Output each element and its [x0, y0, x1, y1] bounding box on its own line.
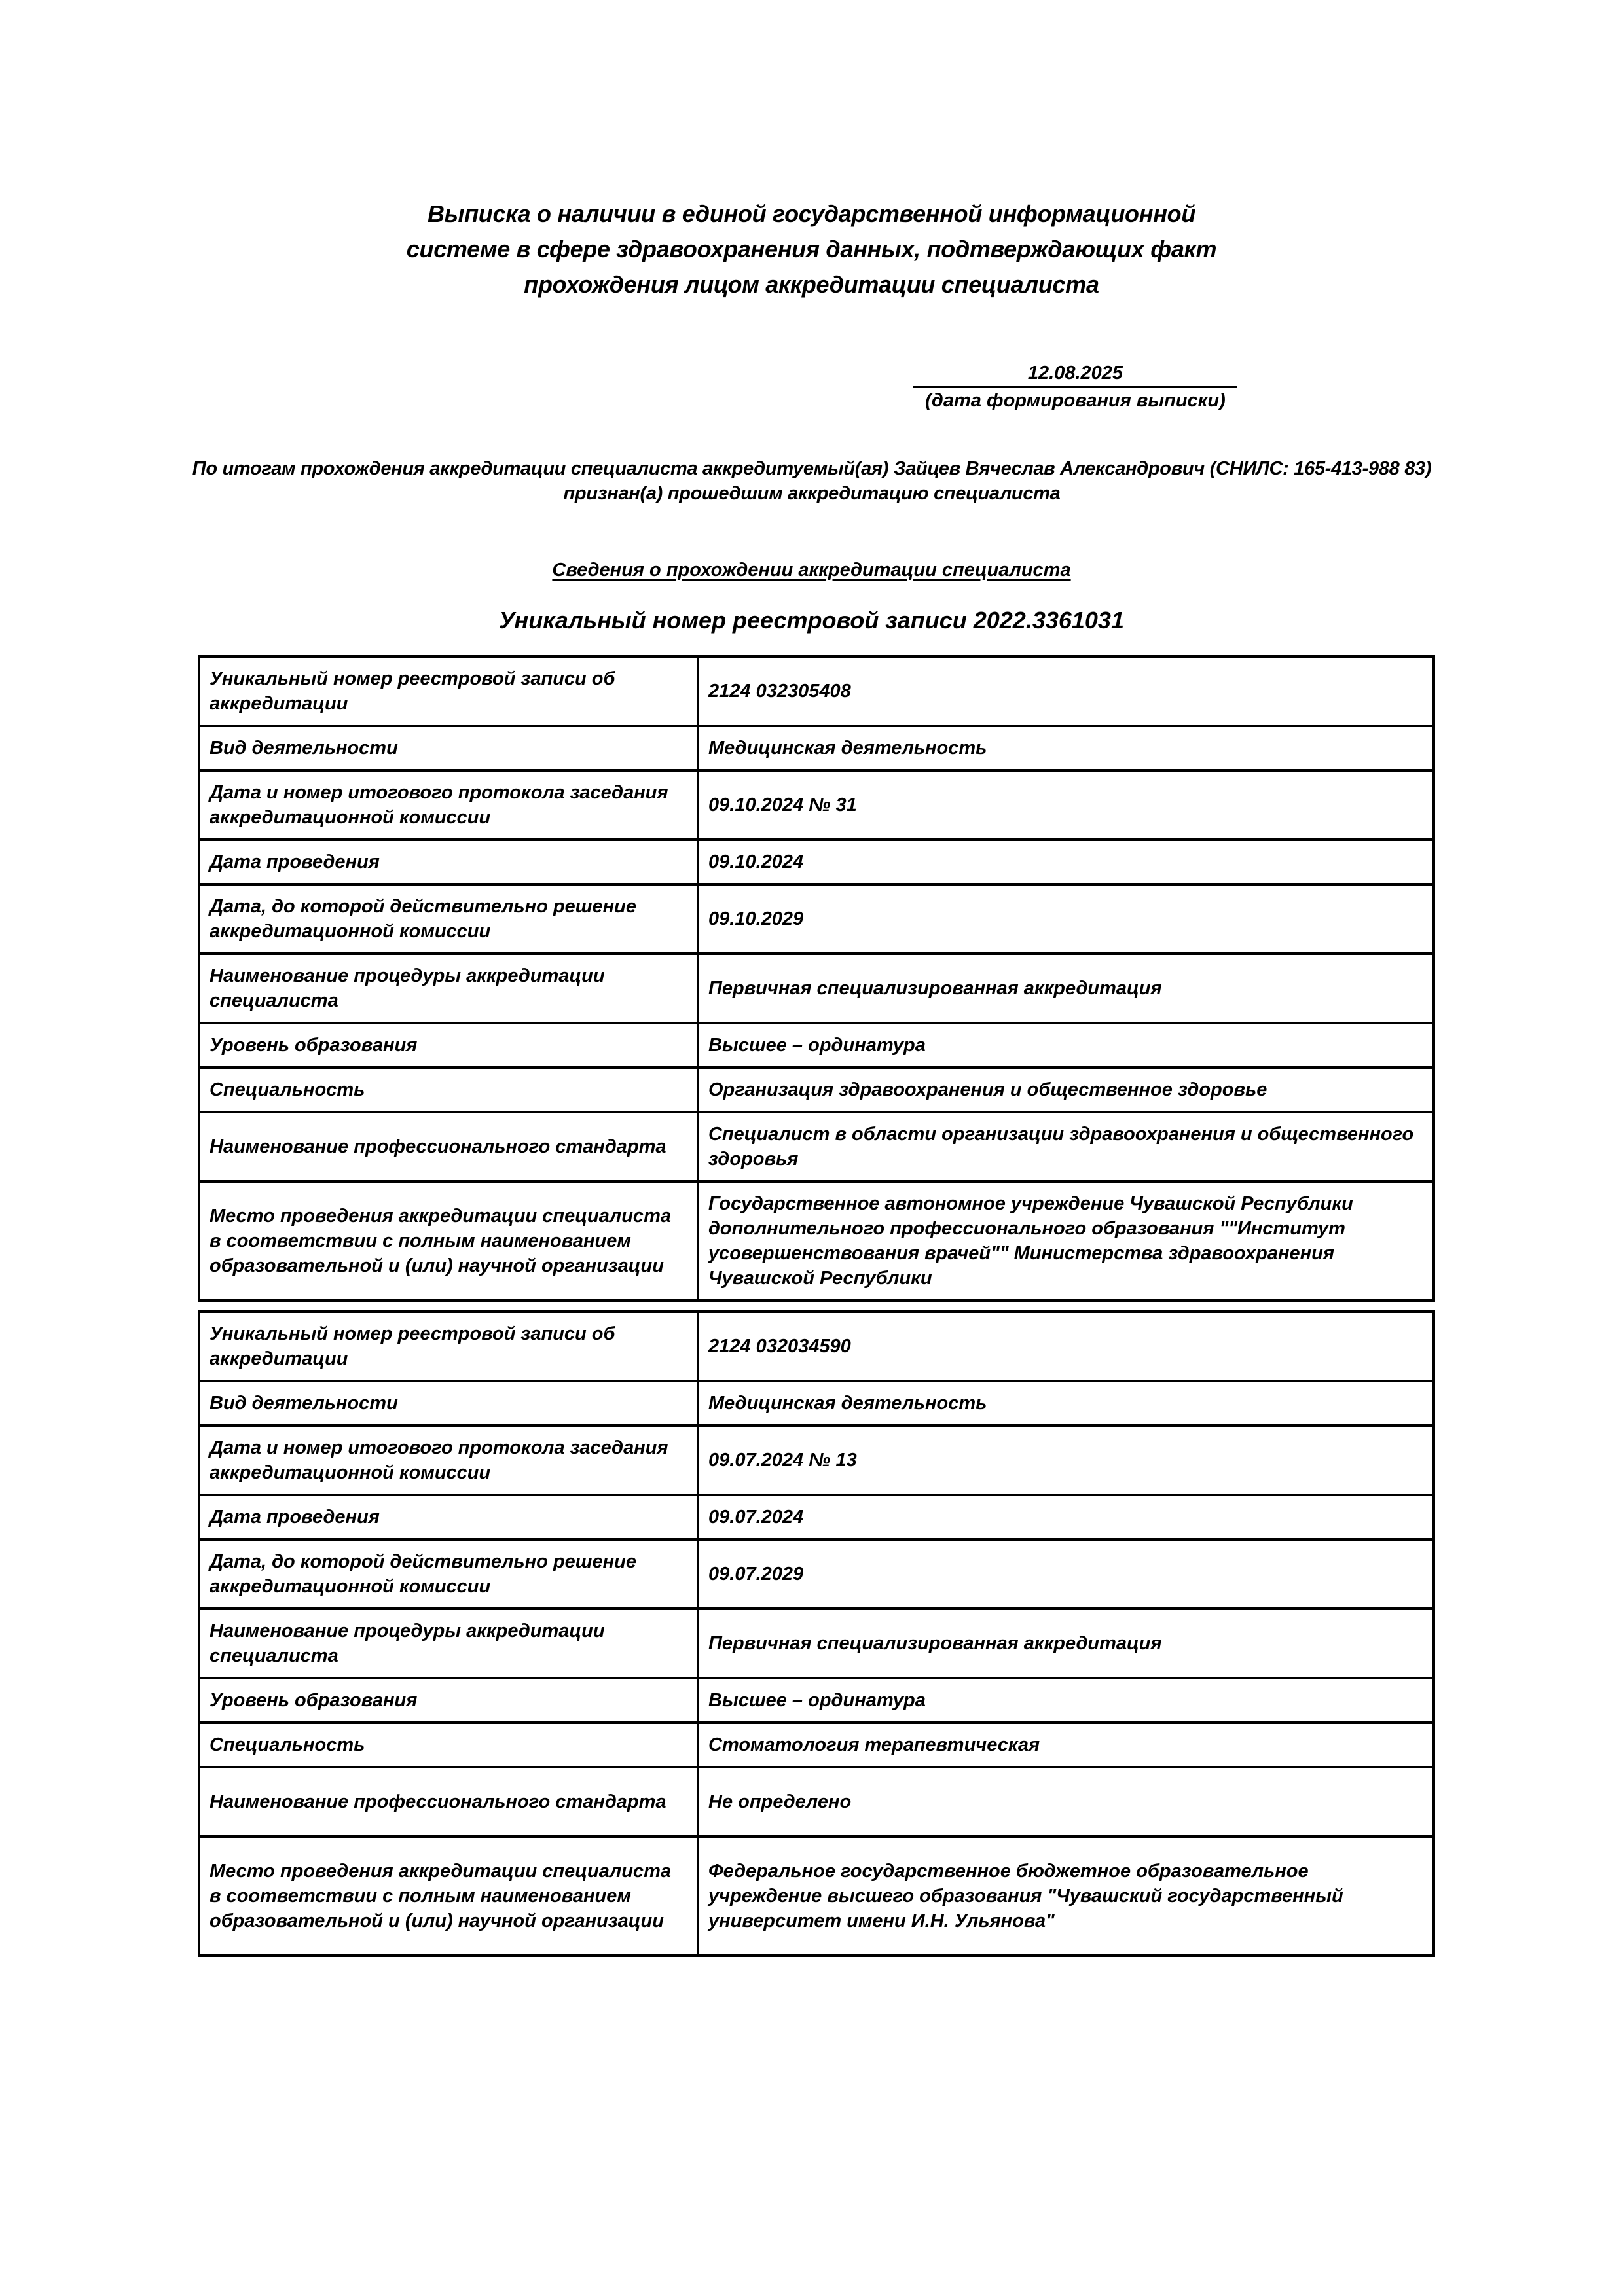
- label-professional-standard: Наименование профессионального стандарта: [199, 1767, 698, 1837]
- table-row: Место проведения аккредитации специалист…: [199, 1837, 1434, 1956]
- value-registry-number: 2124 032305408: [698, 656, 1434, 726]
- date-block: 12.08.2025 (дата формирования выписки): [913, 362, 1237, 413]
- label-date-held: Дата проведения: [199, 840, 698, 884]
- label-place: Место проведения аккредитации специалист…: [199, 1181, 698, 1300]
- extract-date-caption: (дата формирования выписки): [900, 388, 1250, 413]
- table-row: Наименование процедуры аккредитации спец…: [199, 1609, 1434, 1678]
- label-valid-until: Дата, до которой действительно решение а…: [199, 1539, 698, 1609]
- table-row: Дата, до которой действительно решение а…: [199, 884, 1434, 954]
- table-row: Наименование профессионального стандарта…: [199, 1767, 1434, 1837]
- value-activity-type: Медицинская деятельность: [698, 726, 1434, 770]
- value-date-held: 09.07.2024: [698, 1495, 1434, 1539]
- label-valid-until: Дата, до которой действительно решение а…: [199, 884, 698, 954]
- table-row: Специальность Организация здравоохранени…: [199, 1067, 1434, 1112]
- registry-record-number: Уникальный номер реестровой записи 2022.…: [0, 605, 1623, 636]
- table-row: Дата проведения 09.10.2024: [199, 840, 1434, 884]
- label-registry-number: Уникальный номер реестровой записи об ак…: [199, 656, 698, 726]
- table-row: Место проведения аккредитации специалист…: [199, 1181, 1434, 1300]
- table-row: Вид деятельности Медицинская деятельност…: [199, 726, 1434, 770]
- section-title: Сведения о прохождении аккредитации спец…: [0, 558, 1623, 582]
- label-place: Место проведения аккредитации специалист…: [199, 1837, 698, 1956]
- table-row: Вид деятельности Медицинская деятельност…: [199, 1381, 1434, 1426]
- table-row: Специальность Стоматология терапевтическ…: [199, 1723, 1434, 1767]
- label-specialty: Специальность: [199, 1723, 698, 1767]
- value-activity-type: Медицинская деятельность: [698, 1381, 1434, 1426]
- table-row: Наименование процедуры аккредитации спец…: [199, 954, 1434, 1023]
- value-date-held: 09.10.2024: [698, 840, 1434, 884]
- label-registry-number: Уникальный номер реестровой записи об ак…: [199, 1312, 698, 1381]
- value-professional-standard: Специалист в области организации здравоо…: [698, 1112, 1434, 1181]
- title-line: системе в сфере здравоохранения данных, …: [0, 232, 1623, 267]
- value-specialty: Стоматология терапевтическая: [698, 1723, 1434, 1767]
- label-activity-type: Вид деятельности: [199, 1381, 698, 1426]
- label-professional-standard: Наименование профессионального стандарта: [199, 1112, 698, 1181]
- value-protocol: 09.10.2024 № 31: [698, 770, 1434, 840]
- table-row: Дата и номер итогового протокола заседан…: [199, 770, 1434, 840]
- table-row: Уникальный номер реестровой записи об ак…: [199, 656, 1434, 726]
- value-professional-standard: Не определено: [698, 1767, 1434, 1837]
- table-row: Дата проведения 09.07.2024: [199, 1495, 1434, 1539]
- label-protocol: Дата и номер итогового протокола заседан…: [199, 1426, 698, 1495]
- label-activity-type: Вид деятельности: [199, 726, 698, 770]
- label-education-level: Уровень образования: [199, 1678, 698, 1723]
- table-row: Уникальный номер реестровой записи об ак…: [199, 1312, 1434, 1381]
- table-row: Уровень образования Высшее – ординатура: [199, 1678, 1434, 1723]
- table-row: Наименование профессионального стандарта…: [199, 1112, 1434, 1181]
- label-date-held: Дата проведения: [199, 1495, 698, 1539]
- value-place: Государственное автономное учреждение Чу…: [698, 1181, 1434, 1300]
- value-place: Федеральное государственное бюджетное об…: [698, 1837, 1434, 1956]
- value-education-level: Высшее – ординатура: [698, 1678, 1434, 1723]
- title-line: Выписка о наличии в единой государственн…: [0, 196, 1623, 232]
- label-education-level: Уровень образования: [199, 1023, 698, 1067]
- accreditation-table: Уникальный номер реестровой записи об ак…: [198, 655, 1435, 1302]
- value-specialty: Организация здравоохранения и общественн…: [698, 1067, 1434, 1112]
- value-valid-until: 09.07.2029: [698, 1539, 1434, 1609]
- title-line: прохождения лицом аккредитации специалис…: [0, 267, 1623, 302]
- intro-text: По итогам прохождения аккредитации специ…: [183, 456, 1440, 506]
- value-education-level: Высшее – ординатура: [698, 1023, 1434, 1067]
- value-procedure: Первичная специализированная аккредитаци…: [698, 1609, 1434, 1678]
- table-row: Уровень образования Высшее – ординатура: [199, 1023, 1434, 1067]
- label-specialty: Специальность: [199, 1067, 698, 1112]
- value-procedure: Первичная специализированная аккредитаци…: [698, 954, 1434, 1023]
- label-procedure: Наименование процедуры аккредитации спец…: [199, 954, 698, 1023]
- accreditation-table: Уникальный номер реестровой записи об ак…: [198, 1310, 1435, 1957]
- document-title: Выписка о наличии в единой государственн…: [0, 196, 1623, 302]
- value-valid-until: 09.10.2029: [698, 884, 1434, 954]
- value-protocol: 09.07.2024 № 13: [698, 1426, 1434, 1495]
- label-protocol: Дата и номер итогового протокола заседан…: [199, 770, 698, 840]
- table-row: Дата, до которой действительно решение а…: [199, 1539, 1434, 1609]
- extract-date: 12.08.2025: [913, 362, 1237, 388]
- table-row: Дата и номер итогового протокола заседан…: [199, 1426, 1434, 1495]
- label-procedure: Наименование процедуры аккредитации спец…: [199, 1609, 698, 1678]
- value-registry-number: 2124 032034590: [698, 1312, 1434, 1381]
